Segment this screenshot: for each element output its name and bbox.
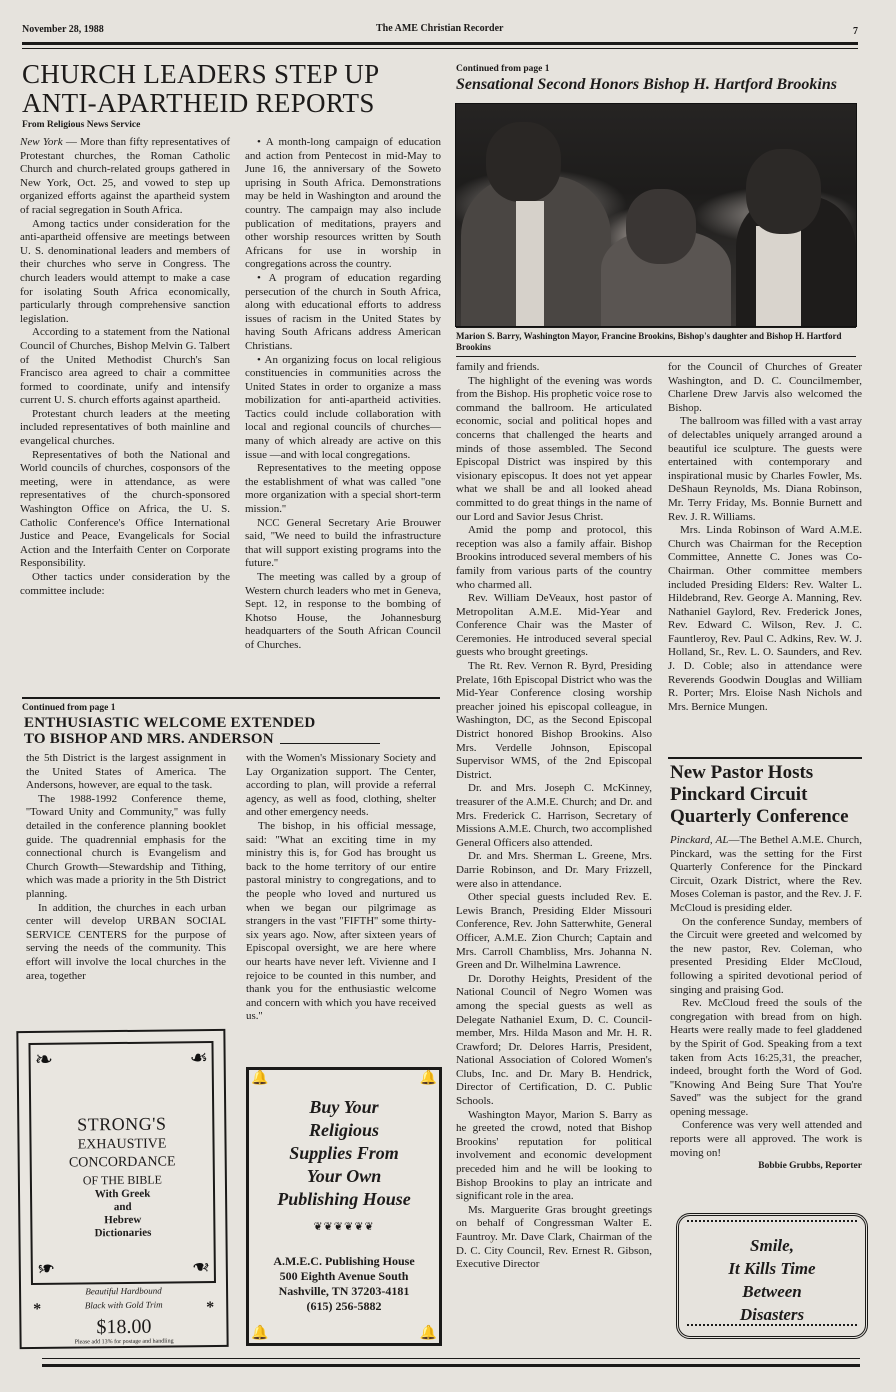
apartheid-column-2: • A month-long campaign of education and…: [245, 136, 441, 653]
caption-rule-bottom: [456, 356, 856, 357]
event-photo: [455, 103, 857, 327]
paragraph: Washington Mayor, Marion S. Barry as he …: [456, 1109, 652, 1204]
paragraph: Rev. William DeVeaux, host pastor of Met…: [456, 592, 652, 660]
bullet-paragraph: • A program of education regarding perse…: [245, 272, 441, 354]
photo-caption: Marion S. Barry, Washington Mayor, Franc…: [456, 331, 856, 353]
bullet-paragraph: • A month-long campaign of education and…: [245, 136, 441, 272]
paragraph: NCC General Secretary Arie Brouwer said,…: [245, 517, 441, 571]
paragraph: Among tactics under consideration for th…: [20, 218, 230, 327]
corner-ornament-icon: ❧: [35, 1049, 54, 1071]
paragraph: The highlight of the evening was words f…: [456, 375, 652, 525]
paragraph: family and friends.: [456, 361, 652, 375]
apartheid-column-1: New York — More than fifty representativ…: [20, 136, 230, 598]
paragraph: In addition, the churches in each urban …: [26, 902, 226, 984]
bullet-paragraph: • An organizing focus on local religious…: [245, 354, 441, 463]
anderson-column-1: the 5th District is the largest assignme…: [26, 752, 226, 983]
paragraph: The Rt. Rev. Vernon R. Byrd, Presiding P…: [456, 660, 652, 782]
paragraph: Amid the pomp and protocol, this recepti…: [456, 524, 652, 592]
paragraph: the 5th District is the largest assignme…: [26, 752, 226, 793]
ad-phone: (615) 256-5882: [249, 1299, 439, 1314]
paragraph: The 1988-1992 Conference theme, ''Toward…: [26, 793, 226, 902]
bell-icon: 🔔: [251, 1327, 268, 1341]
footer-rule-thin: [42, 1358, 860, 1359]
anderson-continued-label: Continued from page 1: [22, 703, 116, 713]
paragraph: The bishop, in his official message, sai…: [246, 820, 436, 1024]
bell-icon: 🔔: [420, 1327, 437, 1341]
paragraph: Pinckard, AL—The Bethel A.M.E. Church, P…: [670, 834, 862, 916]
paragraph: Protestant church leaders at the meeting…: [20, 408, 230, 449]
section-divider: [22, 697, 440, 699]
paragraph: Conference was very well attended and re…: [670, 1119, 862, 1160]
ad-title: STRONG'S: [31, 1113, 212, 1136]
apartheid-headline: CHURCH LEADERS STEP UP ANTI-APARTHEID RE…: [22, 60, 422, 118]
headline-rule: [280, 743, 380, 744]
pinckard-body: Pinckard, AL—The Bethel A.M.E. Church, P…: [670, 834, 862, 1174]
paragraph: Dr. and Mrs. Joseph C. McKinney, treasur…: [456, 782, 652, 850]
paragraph: Other special guests included Rev. E. Le…: [456, 891, 652, 973]
paragraph: According to a statement from the Nation…: [20, 326, 230, 408]
paragraph: for the Council of Churches of Greater W…: [668, 361, 862, 415]
smile-filler-ad: Smile, It Kills Time Between Disasters: [676, 1213, 868, 1339]
section-divider: [668, 757, 862, 759]
anderson-headline: ENTHUSIASTIC WELCOME EXTENDED TO BISHOP …: [24, 715, 444, 747]
corner-ornament-icon: ❧: [191, 1255, 210, 1277]
brookins-continued-label: Continued from page 1: [456, 64, 550, 74]
anderson-column-2: with the Women's Missionary Society and …: [246, 752, 436, 1024]
paragraph: The meeting was called by a group of Wes…: [245, 571, 441, 653]
masthead: November 28, 1988 The AME Christian Reco…: [22, 24, 858, 38]
ad-footer: Beautiful Hardbound Black with Gold Trim…: [21, 1283, 227, 1347]
ad-ornate-frame: ❧ ❧ ❧ ❧ STRONG'S EXHAUSTIVE CONCORDANCE …: [28, 1041, 216, 1285]
paragraph: with the Women's Missionary Society and …: [246, 752, 436, 820]
corner-ornament-icon: ❧: [189, 1047, 208, 1069]
bell-icon: 🔔: [251, 1072, 268, 1086]
brookins-headline: Sensational Second Honors Bishop H. Hart…: [456, 76, 866, 94]
paragraph: Mrs. Linda Robinson of Ward A.M.E. Churc…: [668, 524, 862, 714]
corner-ornament-icon: ❧: [37, 1257, 56, 1279]
pinckard-headline: New Pastor Hosts Pinckard Circuit Quarte…: [670, 762, 866, 828]
paragraph: Ms. Marguerite Gras brought greetings on…: [456, 1204, 652, 1272]
brookins-column-1: family and friends. The highlight of the…: [456, 361, 652, 1272]
paragraph: Representatives of both the National and…: [20, 449, 230, 571]
photo-head-right: [746, 149, 821, 234]
smile-text: Smile, It Kills Time Between Disasters: [679, 1234, 865, 1326]
masthead-rule-thin: [22, 48, 858, 49]
publication-name: The AME Christian Recorder: [376, 23, 504, 34]
paragraph: On the conference Sunday, members of the…: [670, 916, 862, 998]
page-number: 7: [853, 26, 858, 37]
paragraph: Dr. Dorothy Heights, President of the Na…: [456, 973, 652, 1109]
photo-shirt-left: [516, 201, 544, 326]
bell-icon: 🔔: [420, 1072, 437, 1086]
paragraph: The ballroom was filled with a vast arra…: [668, 415, 862, 524]
paragraph: Representatives to the meeting oppose th…: [245, 462, 441, 516]
paragraph: Rev. McCloud freed the souls of the cong…: [670, 997, 862, 1119]
photo-shirt-right: [756, 226, 801, 326]
ad-price: $18.00: [21, 1315, 226, 1339]
scroll-border-icon: [687, 1324, 857, 1334]
photo-head-center: [626, 189, 696, 264]
dateline: Pinckard, AL: [670, 834, 728, 846]
masthead-rule-thick: [22, 42, 858, 45]
caption-rule-top: [456, 327, 856, 328]
issue-date: November 28, 1988: [22, 24, 104, 35]
ad-address: A.M.E.C. Publishing House 500 Eighth Ave…: [249, 1254, 439, 1314]
ad-slogan: Buy Your Religious Supplies From Your Ow…: [249, 1096, 439, 1211]
paragraph: Dr. and Mrs. Sherman L. Greene, Mrs. Dar…: [456, 850, 652, 891]
publishing-house-ad: 🔔 🔔 🔔 🔔 Buy Your Religious Supplies From…: [246, 1067, 442, 1346]
photo-head-left: [486, 122, 561, 202]
vine-ornament-icon: ❦❦❦❦❦❦: [249, 1220, 439, 1233]
reporter-credit: Bobbie Grubbs, Reporter: [670, 1160, 862, 1174]
paragraph: Other tactics under consideration by the…: [20, 571, 230, 598]
footer-rule-thick: [42, 1364, 860, 1367]
dateline: New York: [20, 136, 63, 148]
apartheid-byline: From Religious News Service: [22, 120, 140, 130]
paragraph: New York — More than fifty representativ…: [20, 136, 230, 218]
strongs-concordance-ad: ❧ ❧ ❧ ❧ STRONG'S EXHAUSTIVE CONCORDANCE …: [16, 1029, 228, 1349]
shipping-note: Please add 13% for postage and handling: [22, 1337, 227, 1347]
scroll-border-icon: [687, 1220, 857, 1230]
brookins-column-2: for the Council of Churches of Greater W…: [668, 361, 862, 714]
